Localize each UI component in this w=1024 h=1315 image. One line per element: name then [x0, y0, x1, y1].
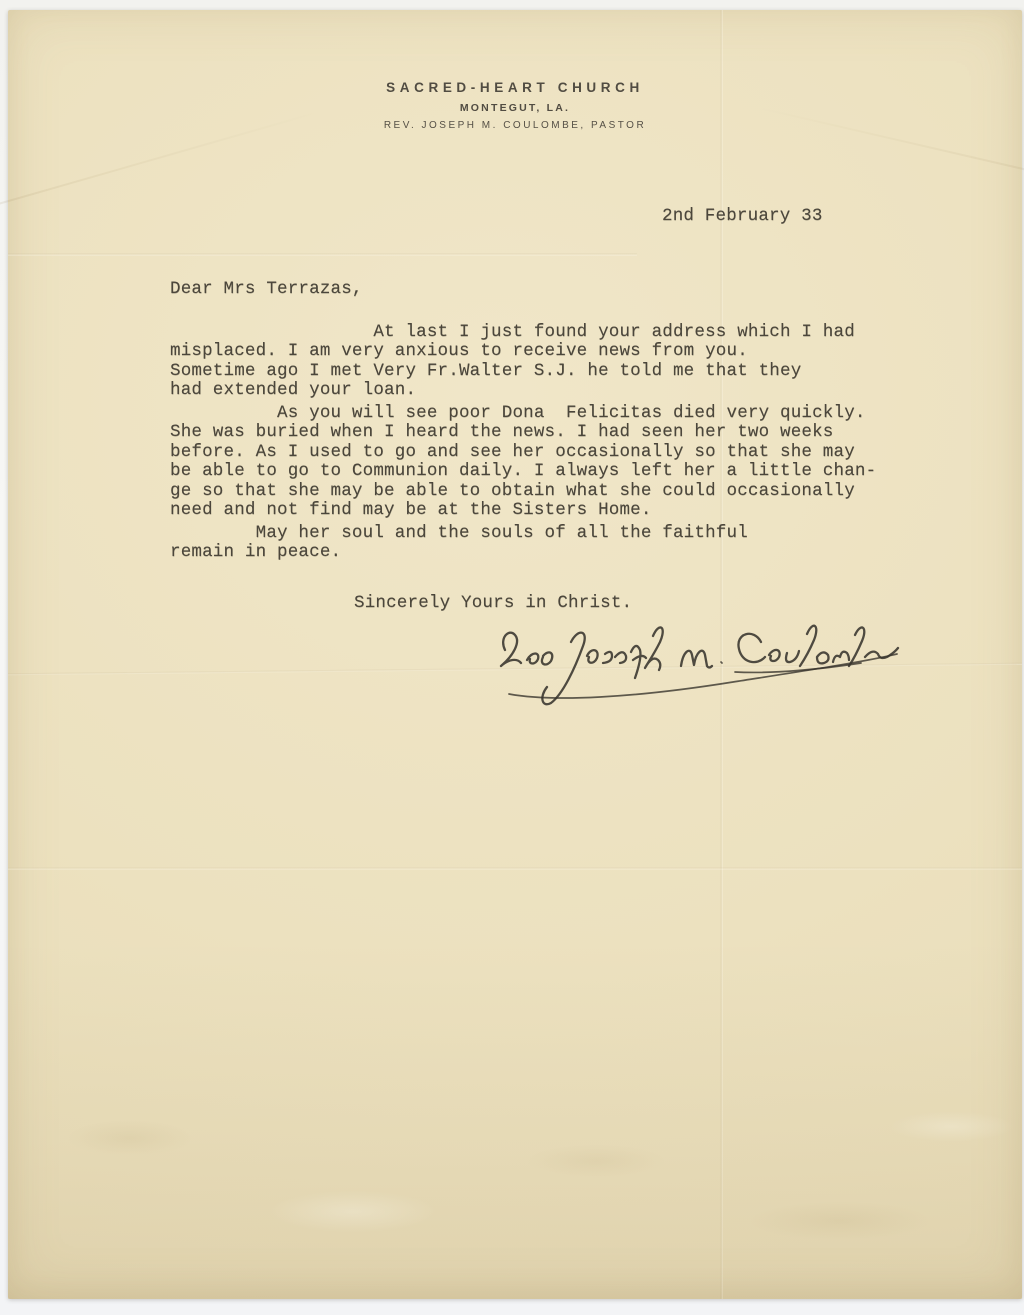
signature-handwriting — [483, 610, 901, 710]
scanner-background: SACRED-HEART CHURCH MONTEGUT, LA. REV. J… — [0, 0, 1024, 1315]
letter-paper: SACRED-HEART CHURCH MONTEGUT, LA. REV. J… — [8, 10, 1022, 1299]
letterhead-pastor-line: REV. JOSEPH M. COULOMBE, PASTOR — [8, 120, 1022, 131]
horizontal-fold-crease-mid — [8, 867, 1022, 870]
letterhead-location: MONTEGUT, LA. — [8, 102, 1022, 114]
paragraph-souls-in-peace: May her soul and the souls of all the fa… — [170, 524, 910, 563]
salutation: Dear Mrs Terrazas, — [170, 280, 910, 300]
horizontal-fold-crease-top — [8, 253, 637, 256]
body-line: ge so that she may be able to obtain wha… — [170, 482, 910, 502]
body-line: before. As I used to go and see her occa… — [170, 443, 910, 463]
body-line: Sometime ago I met Very Fr.Walter S.J. h… — [170, 362, 910, 382]
body-line: had extended your loan. — [170, 381, 910, 401]
letter-date: 2nd February 33 — [662, 207, 823, 227]
body-line: As you will see poor Dona Felicitas died… — [170, 404, 910, 424]
body-line: need and not find may be at the Sisters … — [170, 501, 910, 521]
body-line: She was buried when I heard the news. I … — [170, 423, 910, 443]
body-line: be able to go to Communion daily. I alwa… — [170, 462, 910, 482]
letterhead-church-name: SACRED-HEART CHURCH — [8, 80, 1022, 95]
letter-body: Dear Mrs Terrazas, At last I just found … — [170, 280, 910, 613]
body-line: remain in peace. — [170, 543, 910, 563]
letterhead: SACRED-HEART CHURCH MONTEGUT, LA. REV. J… — [8, 80, 1022, 131]
body-line: May her soul and the souls of all the fa… — [170, 524, 910, 544]
paragraph-address-found: At last I just found your address which … — [170, 323, 910, 401]
body-line: At last I just found your address which … — [170, 323, 910, 343]
body-line: misplaced. I am very anxious to receive … — [170, 342, 910, 362]
paragraph-dona-felicitas: As you will see poor Dona Felicitas died… — [170, 404, 910, 521]
bottom-crinkle-texture — [8, 1069, 1022, 1299]
